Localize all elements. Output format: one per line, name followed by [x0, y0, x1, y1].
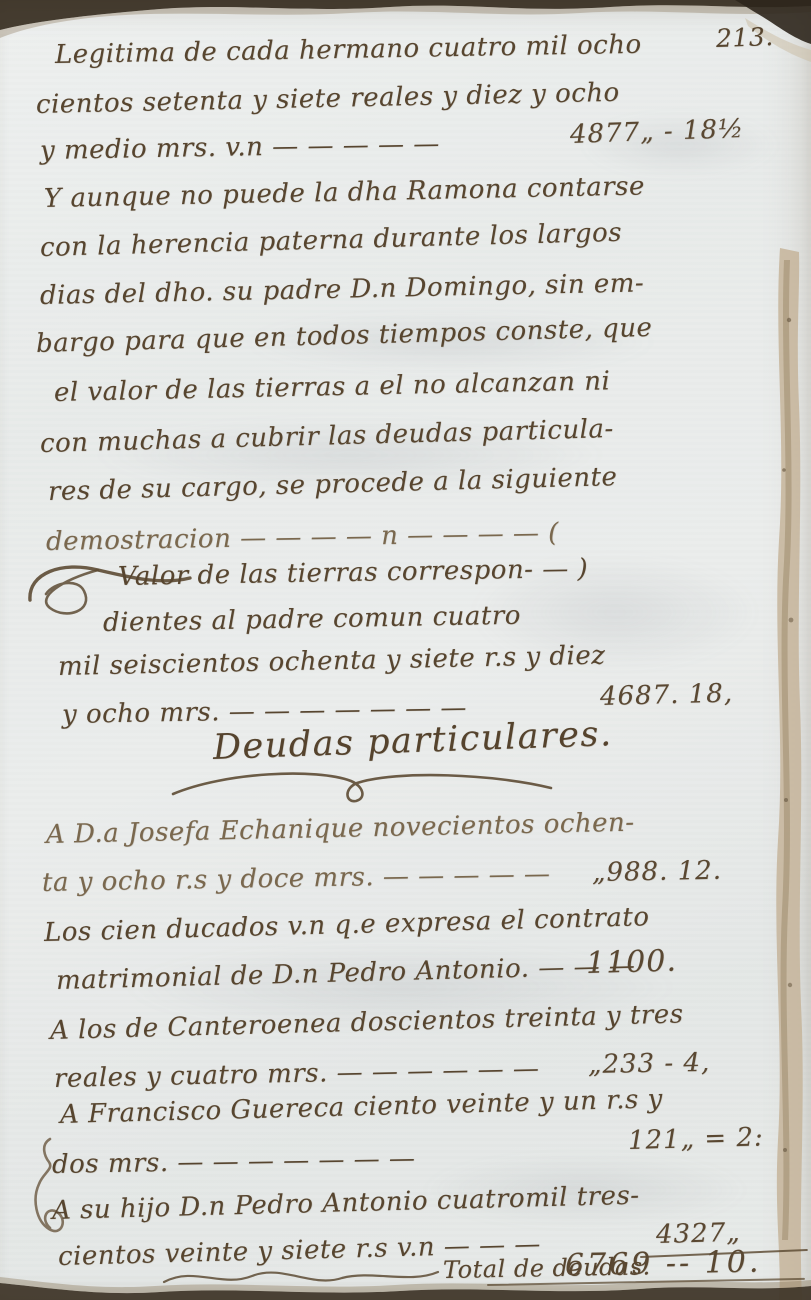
debt1-line1: A D.a Josefa Echanique novecientos ochen…	[46, 808, 635, 850]
amount-legitima: 4877„ - 18½	[569, 114, 744, 150]
line-legitima-1: Legitima de cada hermano cuatro mil ocho	[55, 30, 642, 70]
amount-debt4: 121„ = 2:	[628, 1122, 764, 1156]
manuscript-page: 213. Legitima de cada hermano cuatro mil…	[0, 0, 811, 1300]
amount-debt2: 1100.	[586, 944, 678, 981]
debt4-line2: dos mrs. — — — — — — —	[52, 1144, 416, 1180]
paper-edge-right	[776, 248, 802, 1300]
paper-edge-bottom	[0, 1283, 811, 1300]
folio-number: 213.	[715, 22, 774, 53]
paper-edge-top	[0, 0, 811, 30]
line-demostracion: demostracion — — — — n — — — — (	[46, 518, 559, 557]
debt1-line2: ta y ocho r.s y doce mrs. — — — — —	[42, 859, 551, 898]
amount-valor: 4687. 18,	[600, 679, 734, 712]
line-legitima-3: y medio mrs. v.n — — — — —	[40, 129, 440, 166]
line-legitima-2: cientos setenta y siete reales y diez y …	[36, 78, 620, 120]
total-value: 6769 -- 10.	[565, 1245, 762, 1283]
debt5-line1: A su hijo D.n Pedro Antonio cuatromil tr…	[52, 1181, 640, 1226]
debt2-line2: matrimonial de D.n Pedro Antonio. — — —	[56, 951, 636, 996]
amount-debt1: „988. 12.	[592, 856, 722, 888]
line-valor-3: mil seiscientos ochenta y siete r.s y di…	[58, 641, 606, 682]
amount-debt3: „233 - 4,	[588, 1048, 711, 1080]
debt3-line1: A los de Canteroenea doscientos treinta …	[50, 999, 684, 1046]
line-aunque-2: con la herencia paterna durante los larg…	[40, 218, 623, 263]
line-aunque-1: Y aunque no puede la dha Ramona contarse	[44, 171, 645, 214]
line-valor-1: Valor de las tierras correspon- — )	[118, 554, 589, 592]
line-aunque-5: el valor de las tierras a el no alcanzan…	[54, 366, 611, 408]
line-aunque-4: bargo para que en todos tiempos conste, …	[36, 313, 653, 359]
line-aunque-6: con muchas a cubrir las deudas particula…	[40, 414, 614, 459]
line-aunque-3: dias del dho. su padre D.n Domingo, sin …	[40, 268, 645, 311]
debt2-line1: Los cien ducados v.n q.e expresa el cont…	[44, 902, 650, 948]
debt3-line2: reales y cuatro mrs. — — — — — —	[54, 1054, 540, 1094]
heading-flourish	[165, 768, 560, 812]
line-valor-2: dientes al padre comun cuatro	[103, 601, 521, 638]
line-aunque-7: res de su cargo, se procede a la siguien…	[48, 462, 618, 507]
